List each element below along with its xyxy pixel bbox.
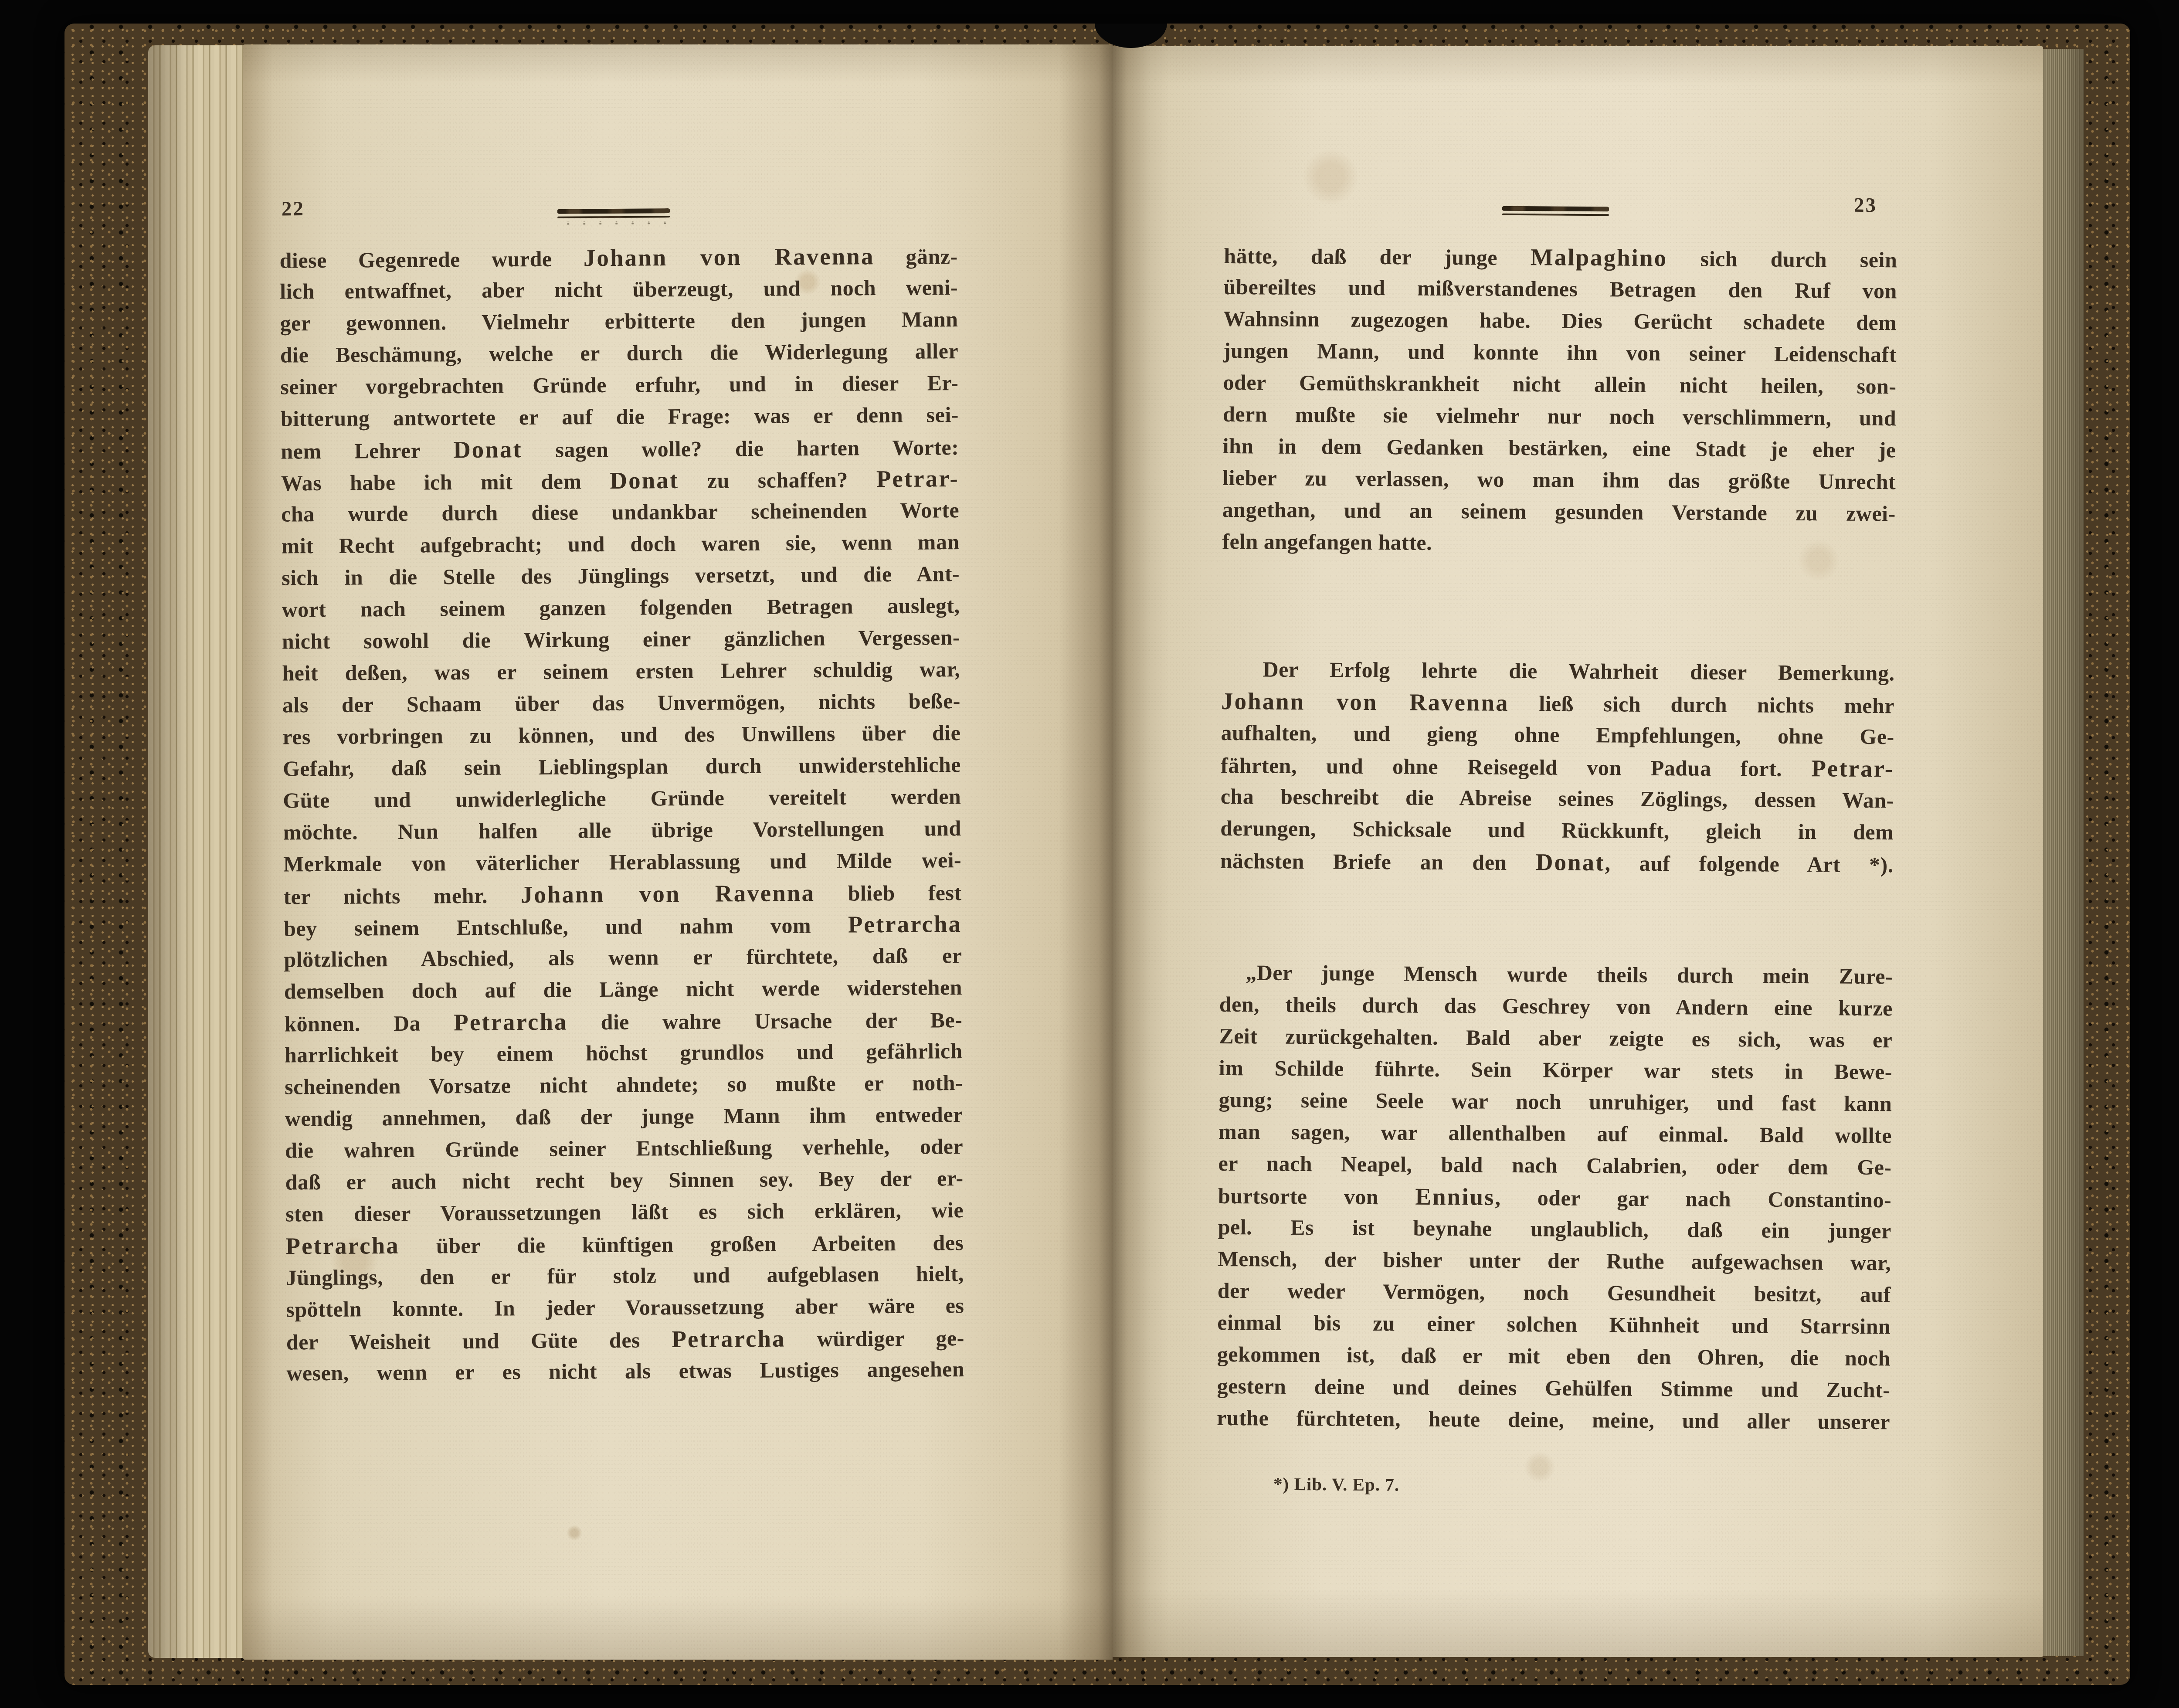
text-line: cha wurde durch diese undankbar scheinen… (281, 494, 959, 530)
ornament-thick-rule (1502, 206, 1609, 211)
text-line: spötteln konnte. In jeder Voraussetzung … (286, 1290, 964, 1326)
text-line: res vorbringen zu können, und des Unwill… (282, 717, 961, 753)
text-line: jungen Mann, und konnte ihn von seiner L… (1223, 335, 1897, 370)
proper-name-emphasis: Petrar- (876, 465, 959, 492)
proper-name-emphasis: Petrarcha (454, 1009, 568, 1036)
proper-name-emphasis: Donat (453, 436, 523, 463)
footnote: *) Lib. V. Ep. 7. (1273, 1474, 1399, 1495)
text-line: nächsten Briefe an den Donat, auf folgen… (1220, 844, 1894, 880)
text-line: seiner vorgebrachten Gründe erfuhr, und … (280, 367, 958, 403)
proper-name-emphasis: Johann von Ravenna (1221, 688, 1509, 716)
text-line: burtsorte von Ennius, oder gar nach Cons… (1218, 1179, 1891, 1215)
text-line: bitterung antwortete er auf die Frage: w… (281, 399, 959, 435)
page-number-right: 23 (1854, 194, 1877, 217)
text-line: Gefahr, daß sein Lieblingsplan durch unw… (283, 749, 961, 785)
text-line: Was habe ich mit dem Donat zu schaffen? … (281, 462, 959, 499)
text-line: derungen, Schicksale und Rückkunft, glei… (1220, 812, 1894, 848)
text-line: Der Erfolg lehrte die Wahrheit dieser Be… (1221, 653, 1894, 689)
text-line: plötzlichen Abschied, als wenn er fürcht… (284, 940, 962, 976)
header-rule-ornament-right (1502, 206, 1609, 216)
text-line: gestern deine und deines Gehülfen Stimme… (1217, 1370, 1890, 1406)
paragraph: Der Erfolg lehrte die Wahrheit dieser Be… (1220, 653, 1895, 880)
text-line: er nach Neapel, bald nach Calabrien, ode… (1218, 1148, 1891, 1183)
text-line: aufhalten, und gieng ohne Empfehlungen, … (1221, 717, 1894, 753)
right-page-content: 23 hätte, daß der junge Malpaghino sich … (1108, 41, 2059, 1664)
text-line: hätte, daß der junge Malpaghino sich dur… (1224, 239, 1897, 275)
text-line: sich in die Stelle des Jünglings versetz… (282, 558, 960, 594)
text-line: wendig annehmen, daß der junge Mann ihm … (285, 1099, 963, 1135)
text-line: diese Gegenrede wurde Johann von Ravenna… (279, 240, 957, 276)
text-line: daß er auch nicht recht bey Sinnen sey. … (285, 1162, 963, 1199)
text-line: ihn in dem Gedanken bestärken, eine Stad… (1222, 430, 1896, 466)
text-line: können. Da Petrarcha die wahre Ursache d… (284, 1003, 962, 1039)
text-line: „Der junge Mensch wurde theils durch mei… (1219, 957, 1893, 992)
text-line: bey seinem Entschluße, und nahm vom Petr… (284, 908, 962, 944)
text-line: Zeit zurückgehalten. Bald aber zeigte es… (1219, 1020, 1892, 1056)
paragraph: „Der junge Mensch wurde theils durch mei… (1217, 957, 1893, 1438)
text-line: lieber zu verlassen, wo man ihm das größ… (1222, 462, 1896, 498)
text-line: mit Recht aufgebracht; und doch waren si… (281, 526, 959, 562)
proper-name-emphasis: Donat (610, 467, 679, 494)
left-page-content: 22 diese Gegenrede wurde Johann von Rave… (238, 42, 1118, 1664)
proper-name-emphasis: Donat (1536, 849, 1605, 876)
text-line: der weder Vermögen, noch Gesundheit besi… (1218, 1275, 1891, 1311)
text-line: feln angefangen hatte. (1222, 526, 1895, 561)
text-line: dern mußte sie vielmehr nur noch verschl… (1223, 398, 1896, 434)
proper-name-emphasis: Petrar- (1811, 755, 1894, 782)
ornament-thin-rule (1502, 214, 1609, 216)
text-line: ter nichts mehr. Johann von Ravenna blie… (283, 876, 961, 912)
text-line: gekommen ist, daß er mit eben den Ohren,… (1217, 1338, 1891, 1374)
header-rule-ornament-left (557, 208, 670, 225)
text-line: ruthe fürchteten, heute deine, meine, un… (1217, 1402, 1890, 1438)
text-line: Wahnsinn zugezogen habe. Dies Gerücht sc… (1223, 303, 1897, 339)
paragraph: hätte, daß der junge Malpaghino sich dur… (1222, 239, 1897, 561)
text-line: oder Gemüthskrankheit nicht allein nicht… (1223, 367, 1896, 402)
right-page-text: hätte, daß der junge Malpaghino sich dur… (1217, 239, 1897, 1438)
text-line: gung; seine Seele war noch unruhiger, un… (1218, 1084, 1892, 1120)
text-line: die wahren Gründe seiner Entschließung v… (285, 1131, 963, 1167)
proper-name-emphasis: Petrarcha (672, 1325, 786, 1353)
page-number-left: 22 (282, 197, 305, 221)
text-line: nicht sowohl die Wirkung einer gänzliche… (282, 621, 960, 658)
proper-name-emphasis: Johann von Ravenna (521, 879, 815, 908)
text-line: cha beschreibt die Abreise seines Zöglin… (1221, 781, 1894, 816)
text-line: im Schilde führte. Sein Körper war stets… (1219, 1052, 1892, 1088)
text-line: Güte und unwiderlegliche Gründe vereitel… (283, 781, 961, 817)
text-line: wort nach seinem ganzen folgenden Betrag… (282, 590, 960, 626)
text-line: lich entwaffnet, aber nicht überzeugt, u… (280, 272, 958, 308)
text-line: nem Lehrer Donat sagen wolle? die harten… (281, 431, 959, 467)
text-line: wesen, wenn er es nicht als etwas Lustig… (286, 1353, 964, 1389)
ornament-ink-specks (557, 221, 670, 225)
text-line: Merkmale von väterlicher Herablassung un… (283, 844, 961, 880)
text-line: übereiltes und mißverstandenes Betragen … (1224, 271, 1897, 307)
ornament-thick-rule (557, 208, 670, 214)
text-line: demselben doch auf die Länge nicht werde… (284, 971, 962, 1008)
ornament-thin-rule (557, 216, 670, 218)
left-page-text: diese Gegenrede wurde Johann von Ravenna… (279, 240, 964, 1389)
proper-name-emphasis: Petrarcha (848, 910, 962, 938)
text-line: man sagen, war allenthalben auf einmal. … (1218, 1116, 1892, 1151)
text-line: fährten, und ohne Reisegeld von Padua fo… (1221, 749, 1894, 784)
text-line: möchte. Nun halfen alle übrige Vorstellu… (283, 812, 961, 849)
text-line: Johann von Ravenna ließ sich durch nicht… (1221, 685, 1894, 721)
text-line: scheinenden Vorsatze nicht ahndete; so m… (285, 1067, 963, 1103)
text-line: pel. Es ist beynahe unglaublich, daß ein… (1218, 1211, 1891, 1247)
text-line: der Weisheit und Güte des Petrarcha würd… (286, 1321, 964, 1358)
text-line: die Beschämung, welche er durch die Wide… (280, 335, 958, 371)
text-line: angethan, und an seinem gesunden Verstan… (1222, 494, 1896, 530)
text-line: Mensch, der bisher unter der Ruthe aufge… (1218, 1243, 1891, 1279)
text-line: sten dieser Voraussetzungen läßt es sich… (285, 1194, 964, 1230)
text-line: ger gewonnen. Vielmehr erbitterte den ju… (280, 303, 958, 340)
text-line: harrlichkeit bey einem höchst grundlos u… (285, 1035, 963, 1071)
text-line: Jünglings, den er für stolz und aufgebla… (286, 1258, 964, 1294)
page-stack-edges (148, 45, 246, 1658)
proper-name-emphasis: Malpaghino (1531, 244, 1668, 271)
text-line: den, theils durch das Geschrey von Ander… (1219, 988, 1893, 1024)
text-line: als der Schaam über das Unvermögen, nich… (282, 685, 961, 721)
text-line: einmal bis zu einer solchen Kühnheit und… (1217, 1307, 1891, 1342)
book-photo: 22 diese Gegenrede wurde Johann von Rave… (0, 0, 2179, 1708)
proper-name-emphasis: Ennius (1415, 1183, 1495, 1210)
text-line: Petrarcha über die künftigen großen Arbe… (285, 1226, 964, 1262)
proper-name-emphasis: Johann von Ravenna (584, 243, 875, 271)
text-line: heit deßen, was er seinem ersten Lehrer … (282, 653, 960, 689)
proper-name-emphasis: Petrarcha (285, 1232, 400, 1260)
